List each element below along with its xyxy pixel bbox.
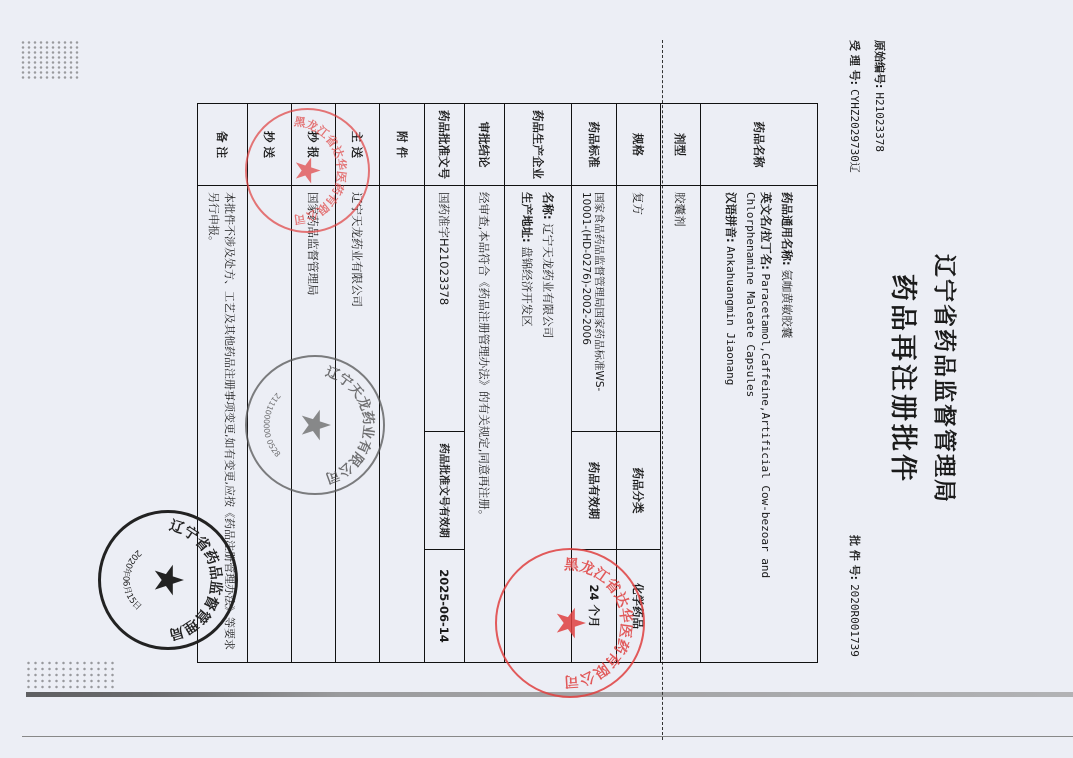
authority-seal: 辽宁省药品监督管理局 2020年06月15日 ★ — [98, 510, 238, 650]
red-company-seal: 黑龙江省达华医药有限公司 ★ — [495, 548, 645, 698]
star-icon: ★ — [550, 605, 590, 641]
conclusion-label: 审批结论 — [465, 104, 505, 186]
attachment-value — [380, 186, 425, 663]
svg-text:2020年06月15日: 2020年06月15日 — [120, 547, 143, 612]
acceptance-number: 受 理 号:CYHZ2029730辽 — [847, 40, 863, 173]
issuing-authority: 辽宁省药品监督管理局 — [930, 0, 963, 758]
dosage-form-label: 剂型 — [661, 104, 701, 186]
attachment-label: 附 件 — [380, 104, 425, 186]
table-row: 附 件 — [380, 104, 425, 663]
standard-value: 国家食品药品监督管理局国家药品标准WS-10001-(HD-0276)-2002… — [572, 186, 617, 432]
rotated-document: 辽宁省药品监督管理局 药品再注册批件 原始编号:H21023378 受 理 号:… — [0, 0, 1073, 758]
star-icon: ★ — [291, 155, 325, 185]
approval-doc-validity-value: 2025-06-14 — [425, 550, 465, 663]
table-row: 剂型 胶囊剂 — [661, 104, 701, 663]
black-company-seal: 辽宁天龙药业有限公司 2111000000 0528 ★ — [245, 355, 385, 495]
spec-label: 规格 — [617, 104, 661, 186]
red-company-seal-2: 黑龙江省达华医药有限公司 ★ — [245, 108, 370, 233]
table-row: 药品批准文号 国药准字H21023378 药品批准文号有效期 2025-06-1… — [425, 104, 465, 663]
manufacturer-label: 药品生产企业 — [505, 104, 572, 186]
drug-name-cell: 药品通用名称: 氨咖黄敏胶囊 英文名/拉丁名: Paracetamol,Caff… — [701, 186, 818, 663]
standard-label: 药品标准 — [572, 104, 617, 186]
drug-name-label: 药品名称 — [701, 104, 818, 186]
original-number: 原始编号:H21023378 — [872, 40, 888, 152]
approval-doc-value: 国药准字H21023378 — [425, 186, 465, 432]
document-title: 药品再注册批件 — [886, 0, 925, 758]
remarks-label: 备 注 — [198, 104, 248, 186]
approval-doc-validity-label: 药品批准文号有效期 — [425, 432, 465, 550]
dosage-form-value: 胶囊剂 — [661, 186, 701, 663]
star-icon: ★ — [148, 562, 188, 598]
table-row: 药品名称 药品通用名称: 氨咖黄敏胶囊 英文名/拉丁名: Paracetamol… — [701, 104, 818, 663]
approval-number: 批 件 号:2020R001739 — [847, 535, 863, 657]
scanned-page: 辽宁省药品监督管理局 药品再注册批件 原始编号:H21023378 受 理 号:… — [0, 0, 1073, 758]
category-label: 药品分类 — [617, 432, 661, 550]
star-icon: ★ — [295, 407, 335, 443]
svg-text:2111000000 0528: 2111000000 0528 — [262, 391, 283, 459]
validity-label: 药品有效期 — [572, 432, 617, 550]
approval-doc-label: 药品批准文号 — [425, 104, 465, 186]
spec-value: 复方 — [617, 186, 661, 432]
